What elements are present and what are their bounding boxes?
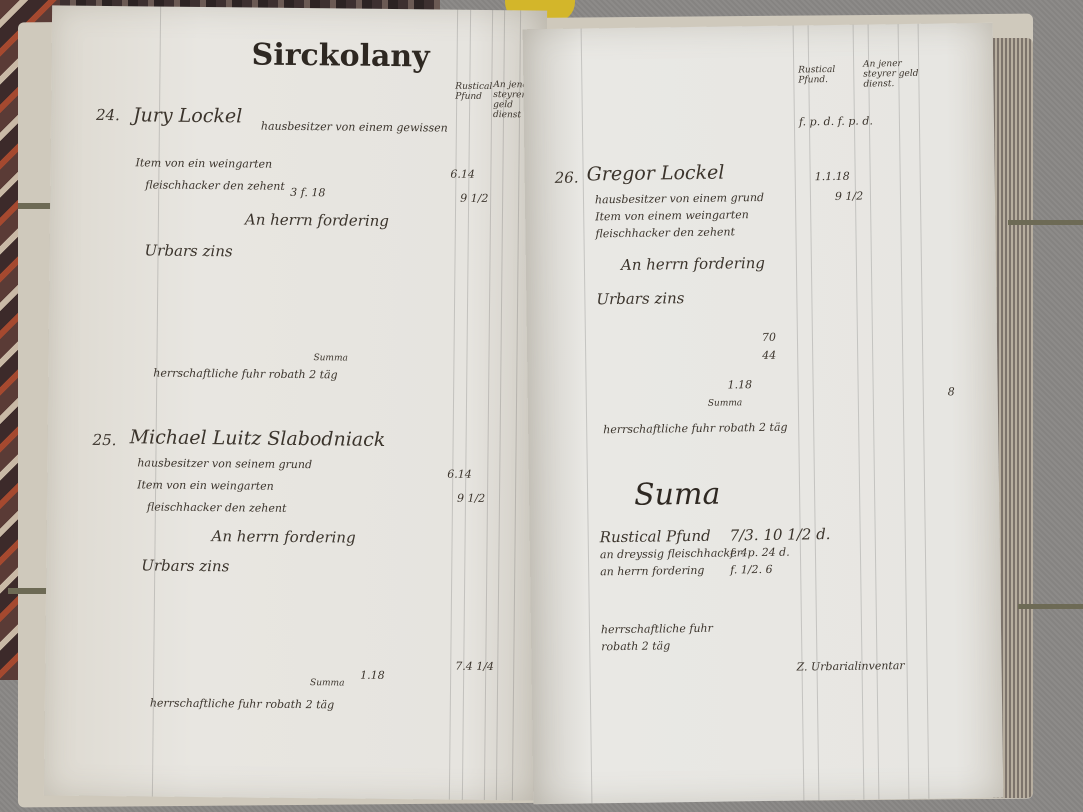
- entry-value: 6.14: [450, 168, 475, 181]
- binding-tie: [1008, 220, 1083, 225]
- entry-value: 1.1.18: [815, 170, 850, 183]
- entry-line: hausbesitzer von seinem grund: [137, 456, 312, 471]
- binding-tie: [1018, 604, 1083, 609]
- entry-value: 1.18: [728, 378, 753, 391]
- entry-name: Jury Lockel: [133, 104, 242, 127]
- column-header: An jener steyrer geld dienst.: [863, 59, 933, 90]
- summa-value: f. 1/2. 6: [730, 563, 773, 577]
- entry-line: Item von ein weingarten: [137, 478, 274, 492]
- entry-name: Michael Luitz Slabodniack: [130, 426, 386, 451]
- entry-line: An herrn fordering: [621, 254, 765, 274]
- summa-label: an herrn fordering: [600, 564, 704, 578]
- entry-line: Urbars zins: [144, 241, 232, 260]
- entry-value: 44: [762, 349, 776, 362]
- entry-line: fleischhacker den zehent: [595, 225, 735, 240]
- entry-number: 25.: [93, 431, 117, 449]
- entry-value: 9 1/2: [460, 192, 488, 205]
- entry-line: Urbars zins: [141, 556, 229, 575]
- entry-value: 7.4 1/4: [455, 660, 494, 673]
- entry-line: herrschaftliche fuhr robath 2 täg: [603, 421, 788, 437]
- entry-number: 26.: [555, 169, 579, 187]
- entry-name: Gregor Lockel: [586, 162, 724, 186]
- left-page: Sirckolany Rustical Pfund An jener steyr…: [44, 5, 547, 800]
- entry-value: 9 1/2: [457, 492, 485, 505]
- entry-line: hausbesitzer von einem gewissen: [261, 120, 448, 135]
- entry-value: 8: [948, 385, 955, 398]
- page-title: Sirckolany: [251, 38, 429, 75]
- entry-line: hausbesitzer von einem grund: [595, 191, 764, 206]
- entry-line: fleischhacker den zehent: [145, 178, 285, 192]
- entry-line: An herrn fordering: [245, 210, 389, 230]
- entry-value: 9 1/2: [835, 190, 863, 203]
- column-header: Rustical Pfund: [455, 82, 495, 102]
- footer-line: robath 2 täg: [601, 639, 670, 653]
- ledger-book: Sirckolany Rustical Pfund An jener steyr…: [18, 8, 1033, 803]
- entry-line: Item von ein weingarten: [135, 156, 272, 170]
- entry-line: Summa: [708, 398, 743, 408]
- summa-value: f. 4p. 24 d.: [730, 546, 790, 560]
- summa-label: Rustical Pfund: [600, 527, 711, 547]
- entry-line: Urbars zins: [596, 289, 684, 308]
- summa-label: an dreyssig fleischhacker: [600, 546, 742, 561]
- unit-row: f. p. d. f. p. d.: [799, 114, 873, 128]
- entry-line: An herrn fordering: [212, 527, 356, 547]
- entry-value: 1.18: [360, 669, 385, 682]
- entry-line: Summa: [310, 678, 345, 688]
- entry-line: Summa: [313, 353, 348, 363]
- entry-line: herrschaftliche fuhr robath 2 täg: [150, 696, 334, 711]
- entry-line: Item von einem weingarten: [595, 208, 749, 223]
- right-page: Rustical Pfund. An jener steyrer geld di…: [523, 23, 1004, 804]
- signature: Z. Urbarialinventar: [796, 659, 904, 674]
- column-header: Rustical Pfund.: [798, 65, 858, 86]
- entry-value: 6.14: [447, 468, 472, 481]
- entry-value: 3 f. 18: [290, 186, 325, 199]
- footer-line: herrschaftliche fuhr: [601, 622, 713, 637]
- summa-value: 7/3. 10 1/2 d.: [730, 525, 831, 544]
- entry-value: 70: [762, 331, 776, 344]
- summa-heading: Suma: [634, 477, 721, 513]
- entry-line: fleischhacker den zehent: [147, 500, 287, 514]
- entry-number: 24.: [96, 106, 120, 124]
- entry-line: herrschaftliche fuhr robath 2 täg: [153, 367, 337, 382]
